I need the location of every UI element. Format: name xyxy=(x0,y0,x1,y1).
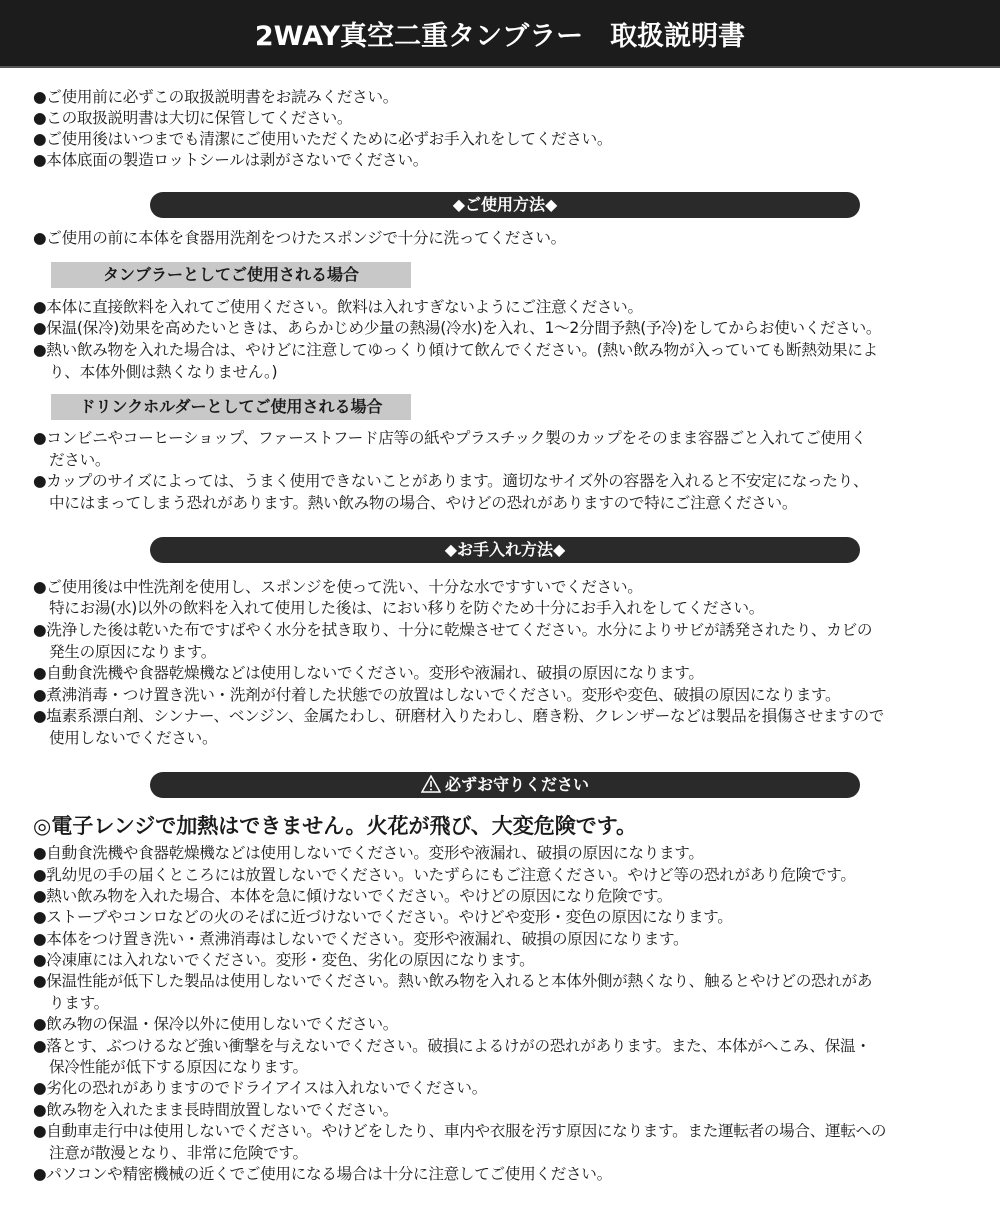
caution-line: ●飲み物の保温・保冷以外に使用しないでください。 xyxy=(33,1014,398,1035)
caution-line: ●冷凍庫には入れないでください。変形・変色、劣化の原因になります。 xyxy=(33,950,534,971)
caution-header-label: 必ずお守りください xyxy=(445,775,589,794)
care-line: ●自動食洗機や食器乾燥機などは使用しないでください。変形や液漏れ、破損の原因にな… xyxy=(33,663,704,684)
section-header-care: ◆お手入れ方法◆ xyxy=(150,537,860,563)
intro-line: ●ご使用前に必ずこの取扱説明書をお読みください。 xyxy=(33,87,398,108)
caution-line: ●パソコンや精密機械の近くでご使用になる場合は十分に注意してご使用ください。 xyxy=(33,1164,612,1185)
usage-lead: ●ご使用の前に本体を食器用洗剤をつけたスポンジで十分に洗ってください。 xyxy=(33,228,566,249)
tumbler-line: り、本体外側は熱くなりません。) xyxy=(49,362,277,383)
intro-line: ●本体底面の製造ロットシールは剥がさないでください。 xyxy=(33,150,428,171)
care-line: 特にお湯(水)以外の飲料を入れて使用した後は、におい移りを防ぐため十分にお手入れ… xyxy=(49,598,764,619)
warning-triangle-icon xyxy=(421,775,441,801)
tumbler-line: ●本体に直接飲料を入れてご使用ください。飲料は入れすぎないようにご注意ください。 xyxy=(33,297,643,318)
caution-line: 注意が散漫となり、非常に危険です。 xyxy=(49,1143,308,1164)
caution-line: ●落とす、ぶつけるなど強い衝撃を与えないでください。破損によるけがの恐れがありま… xyxy=(33,1036,871,1057)
document-title-bar: 2WAY真空二重タンブラー 取扱説明書 xyxy=(0,0,1000,68)
caution-line: ●保温性能が低下した製品は使用しないでください。熱い飲み物を入れると本体外側が熱… xyxy=(33,971,872,992)
caution-line: ります。 xyxy=(49,993,109,1014)
holder-line: ●カップのサイズによっては、うまく使用できないことがあります。適切なサイズ外の容… xyxy=(33,471,868,492)
caution-line: ●自動車走行中は使用しないでください。やけどをしたり、車内や衣服を汚す原因になり… xyxy=(33,1121,886,1142)
care-line: 発生の原因になります。 xyxy=(49,642,216,663)
subheader-holder: ドリンクホルダーとしてご使用される場合 xyxy=(51,394,411,420)
care-line: ●ご使用後は中性洗剤を使用し、スポンジを使って洗い、十分な水ですすいでください。 xyxy=(33,577,643,598)
section-header-usage: ◆ご使用方法◆ xyxy=(150,192,860,218)
intro-line: ●この取扱説明書は大切に保管してください。 xyxy=(33,108,352,129)
caution-line: ●熱い飲み物を入れた場合、本体を急に傾けないでください。やけどの原因になり危険で… xyxy=(33,886,672,907)
care-line: ●煮沸消毒・つけ置き洗い・洗剤が付着した状態での放置はしないでください。変形や変… xyxy=(33,685,840,706)
caution-line: ●飲み物を入れたまま長時間放置しないでください。 xyxy=(33,1100,398,1121)
caution-line: ●乳幼児の手の届くところには放置しないでください。いたずらにもご注意ください。や… xyxy=(33,865,856,886)
tumbler-line: ●熱い飲み物を入れた場合は、やけどに注意してゆっくり傾けて飲んでください。(熱い… xyxy=(33,340,878,361)
care-line: 使用しないでください。 xyxy=(49,728,217,749)
holder-line: 中にはまってしまう恐れがあります。熱い飲み物の場合、やけどの恐れがありますので特… xyxy=(49,493,797,514)
care-line: ●洗浄した後は乾いた布ですばやく水分を拭き取り、十分に乾燥させてください。水分に… xyxy=(33,620,872,641)
caution-line: 保冷性能が低下する原因になります。 xyxy=(49,1057,308,1078)
caution-line: ●本体をつけ置き洗い・煮沸消毒はしないでください。変形や液漏れ、破損の原因になり… xyxy=(33,929,688,950)
care-line: ●塩素系漂白剤、シンナー、ベンジン、金属たわし、研磨材入りたわし、磨き粉、クレン… xyxy=(33,706,884,727)
subheader-tumbler: タンブラーとしてご使用される場合 xyxy=(51,262,411,288)
document-title: 2WAY真空二重タンブラー 取扱説明書 xyxy=(0,14,1000,53)
tumbler-line: ●保温(保冷)効果を高めたいときは、あらかじめ少量の熱湯(冷水)を入れ、1～2分… xyxy=(33,318,881,339)
holder-line: ださい。 xyxy=(49,450,110,471)
microwave-warning: ◎電子レンジで加熱はできません。火花が飛び、大変危険です。 xyxy=(33,812,637,840)
caution-line: ●劣化の恐れがありますのでドライアイスは入れないでください。 xyxy=(33,1078,487,1099)
holder-line: ●コンビニやコーヒーショップ、ファーストフード店等の紙やプラスチック製のカップを… xyxy=(33,428,866,449)
section-header-caution: 必ずお守りください xyxy=(150,772,860,798)
intro-line: ●ご使用後はいつまでも清潔にご使用いただくために必ずお手入れをしてください。 xyxy=(33,129,612,150)
caution-line: ●ストーブやコンロなどの火のそばに近づけないでください。やけどや変形・変色の原因… xyxy=(33,907,733,928)
caution-line: ●自動食洗機や食器乾燥機などは使用しないでください。変形や液漏れ、破損の原因にな… xyxy=(33,843,704,864)
